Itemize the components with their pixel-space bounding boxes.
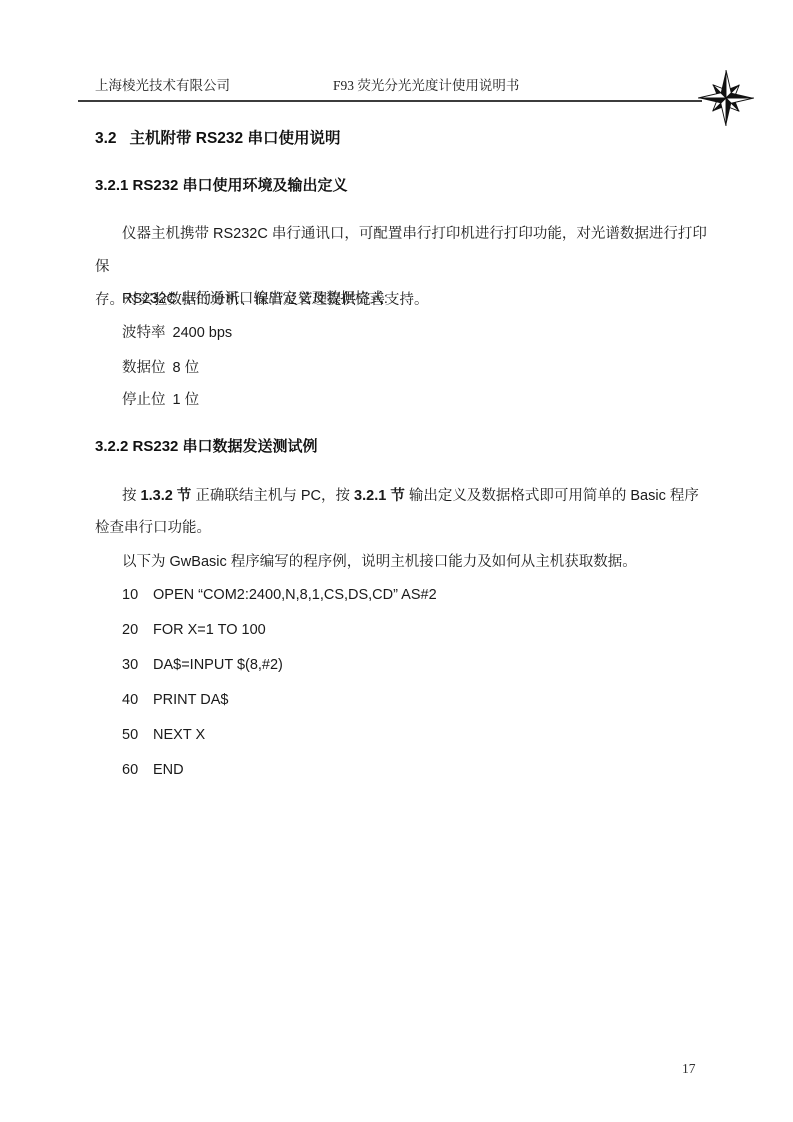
- paragraph-segment: 输出定义及数据格式即可用简单的 Basic 程序: [405, 488, 699, 504]
- paragraph-segment: 正确联结主机与 PC，按: [191, 488, 354, 504]
- code-text: PRINT DA$: [153, 692, 228, 708]
- format-definition-line: RS232C 串行通讯口输出定义及数据格式:: [122, 290, 388, 308]
- code-line: 20FOR X=1 TO 100: [122, 621, 437, 656]
- section-reference-bold: 1.3.2 节: [141, 488, 192, 504]
- spec-row-stop-bits: 停止位1 位: [122, 391, 199, 409]
- spec-value: 8 位: [173, 360, 200, 376]
- compass-rose-icon: [697, 69, 755, 127]
- paragraph-line: 仪器主机携带 RS232C 串行通讯口，可配置串行打印机进行打印功能，对光谱数据…: [95, 226, 707, 275]
- code-line-number: 30: [122, 656, 153, 674]
- code-line: 10OPEN “COM2:2400,N,8,1,CS,DS,CD” AS#2: [122, 586, 437, 621]
- code-listing: 10OPEN “COM2:2400,N,8,1,CS,DS,CD” AS#2 2…: [122, 586, 437, 796]
- code-text: END: [153, 762, 184, 778]
- header-rule: [78, 100, 702, 102]
- code-line: 50NEXT X: [122, 726, 437, 761]
- code-text: DA$=INPUT $(8,#2): [153, 657, 283, 673]
- code-line-number: 20: [122, 621, 153, 639]
- spec-label: 波特率: [122, 325, 166, 341]
- paragraph-gwbasic-intro: 以下为 GwBasic 程序编写的程序例，说明主机接口能力及如何从主机获取数据。: [95, 552, 715, 572]
- section-3-2-heading: 3.2 主机附带 RS232 串口使用说明: [95, 126, 340, 148]
- spec-value: 2400 bps: [173, 325, 233, 341]
- code-line-number: 50: [122, 726, 153, 744]
- code-line: 60END: [122, 761, 437, 796]
- page-number: 17: [682, 1061, 696, 1077]
- paragraph-test-instructions: 按 1.3.2 节 正确联结主机与 PC，按 3.2.1 节 输出定义及数据格式…: [95, 480, 715, 544]
- document-page: 上海棱光技术有限公司 F93 荧光分光光度计使用说明书 3.2 主机附带 RS2…: [0, 0, 793, 1122]
- code-text: FOR X=1 TO 100: [153, 622, 266, 638]
- code-line-number: 60: [122, 761, 153, 779]
- spec-row-data-bits: 数据位8 位: [122, 359, 199, 377]
- code-text: OPEN “COM2:2400,N,8,1,CS,DS,CD” AS#2: [153, 587, 437, 603]
- code-line-number: 10: [122, 586, 153, 604]
- spec-label: 停止位: [122, 392, 166, 408]
- section-reference-bold: 3.2.1 节: [354, 488, 405, 504]
- section-3-2-1-heading: 3.2.1 RS232 串口使用环境及输出定义: [95, 174, 348, 195]
- header-doc-title: F93 荧光分光光度计使用说明书: [333, 77, 519, 95]
- code-line: 40PRINT DA$: [122, 691, 437, 726]
- spec-label: 数据位: [122, 360, 166, 376]
- section-3-2-2-heading: 3.2.2 RS232 串口数据发送测试例: [95, 435, 318, 456]
- header-company: 上海棱光技术有限公司: [95, 77, 230, 95]
- code-line: 30DA$=INPUT $(8,#2): [122, 656, 437, 691]
- paragraph-segment: 检查串行口功能。: [95, 520, 211, 536]
- spec-row-baud-rate: 波特率2400 bps: [122, 324, 232, 342]
- code-line-number: 40: [122, 691, 153, 709]
- code-text: NEXT X: [153, 727, 205, 743]
- spec-value: 1 位: [173, 392, 200, 408]
- paragraph-segment: 按: [122, 488, 141, 504]
- paragraph-line: 以下为 GwBasic 程序编写的程序例，说明主机接口能力及如何从主机获取数据。: [122, 554, 637, 570]
